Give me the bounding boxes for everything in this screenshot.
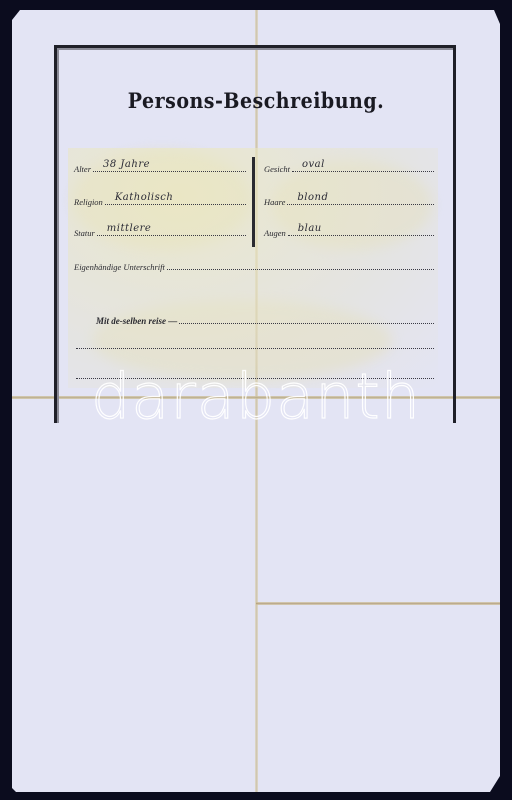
column-divider [252, 157, 255, 247]
field-label: Gesicht [264, 164, 292, 174]
field-label: Religion [74, 197, 105, 207]
field-statur: Statur mittlere [74, 220, 246, 238]
field-value-augen: blau [298, 223, 322, 234]
field-label: Alter [74, 164, 93, 174]
field-companions: Mit de-selben reise — [96, 308, 434, 326]
field-line: blau [288, 235, 434, 236]
field-value-alter: 38 Jahre [103, 159, 150, 170]
field-value-religion: Katholisch [115, 192, 173, 203]
field-line: mittlere [97, 235, 246, 236]
field-value-gesicht: oval [302, 159, 325, 170]
field-line: 38 Jahre [93, 171, 246, 172]
field-religion: Religion Katholisch [74, 189, 246, 207]
field-label: Statur [74, 228, 97, 238]
fold-line-horizontal-lower [256, 602, 500, 605]
field-line: Katholisch [105, 204, 246, 205]
field-label: Haare [264, 197, 287, 207]
field-label: Mit de-selben reise — [96, 316, 179, 326]
field-gesicht: Gesicht oval [264, 156, 434, 174]
field-label: Eigenhändige Unterschrift [74, 262, 167, 272]
watermark: darabanth [0, 360, 512, 433]
field-alter: Alter 38 Jahre [74, 156, 246, 174]
blank-line [76, 348, 434, 349]
field-augen: Augen blau [264, 220, 434, 238]
field-line: blond [287, 204, 434, 205]
field-line [167, 269, 434, 270]
document-title: Persons-Beschreibung. [12, 88, 500, 113]
field-value-haare: blond [297, 192, 328, 203]
field-label: Augen [264, 228, 288, 238]
field-line [179, 323, 434, 324]
field-line: oval [292, 171, 434, 172]
field-haare: Haare blond [264, 189, 434, 207]
field-signature: Eigenhändige Unterschrift [74, 254, 434, 272]
field-value-statur: mittlere [107, 223, 152, 234]
